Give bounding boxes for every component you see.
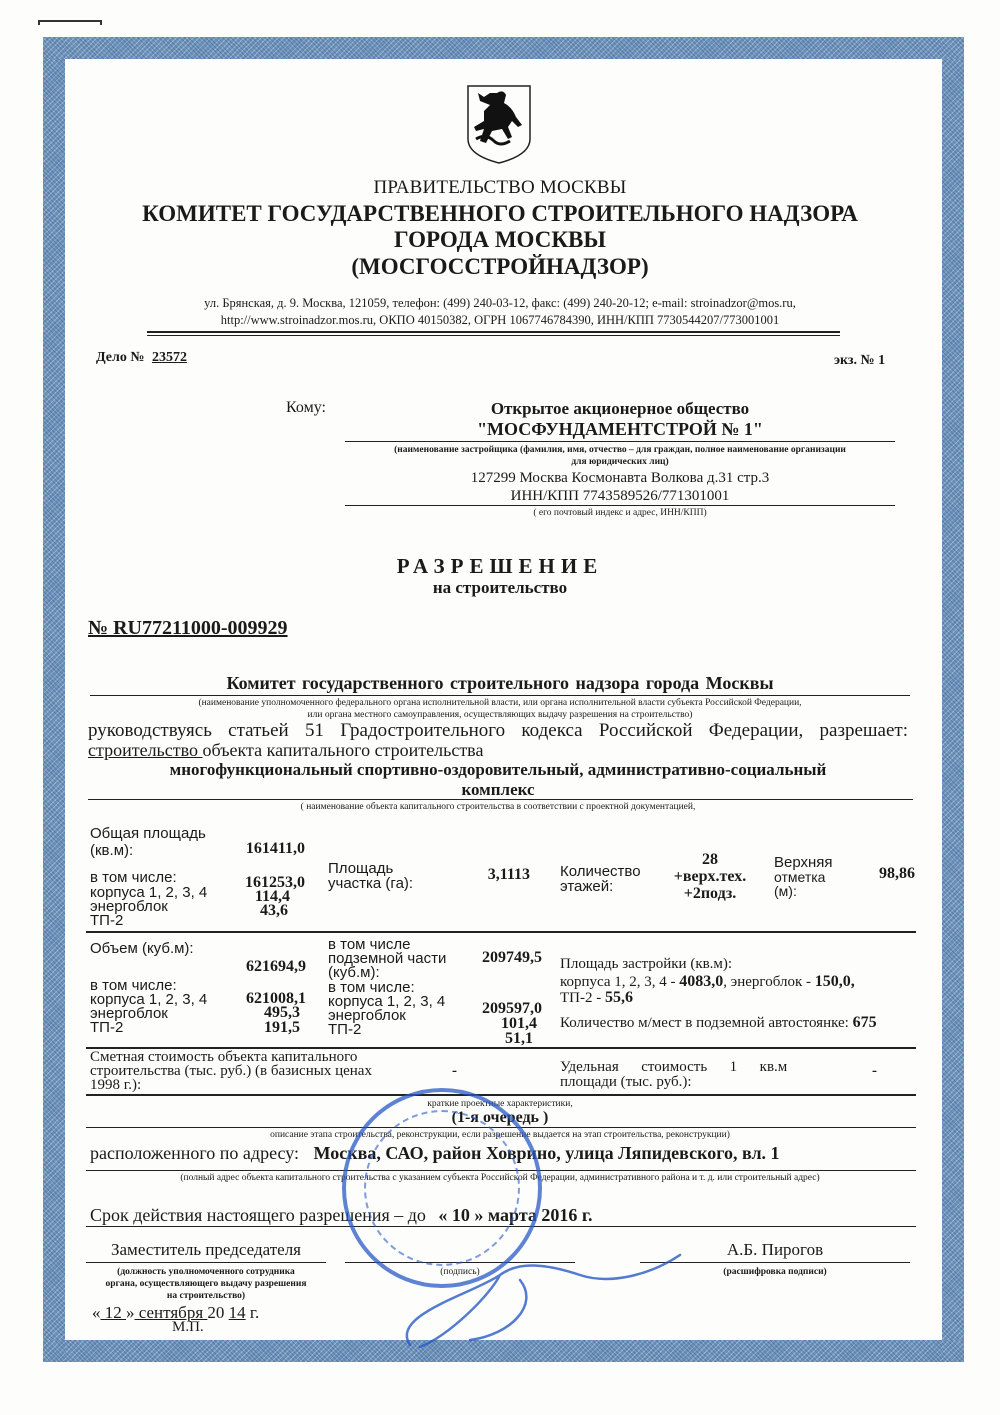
table-divider-3: [86, 1094, 916, 1096]
committee-name-line2: ГОРОДА МОСКВЫ: [0, 227, 1000, 253]
issuer-underline: [90, 695, 910, 696]
build-area-line2: ТП-2 - 55,6: [560, 990, 633, 1006]
seal-place: М.П.: [172, 1319, 204, 1336]
signer-name: А.Б. Пирогов: [640, 1240, 910, 1260]
corner-mark: [38, 20, 102, 25]
issue-date-open: «: [92, 1303, 101, 1322]
total-area-value: 161411,0: [220, 841, 305, 856]
floors-label2: этажей:: [560, 879, 613, 894]
unit-cost-label1: Удельная стоимость 1 кв.м: [560, 1060, 787, 1075]
build-area-label: Площадь застройки (кв.м):: [560, 957, 732, 972]
committee-short-name: (МОСГОССТРОЙНАДЗОР): [0, 254, 1000, 280]
document-title: РАЗРЕШЕНИЕ: [0, 554, 1000, 579]
issue-date-close: »: [126, 1303, 135, 1322]
position-caption1: (должность уполномоченного сотрудника: [86, 1266, 326, 1278]
parking-line: Количество м/мест в подземной автостоянк…: [560, 1015, 877, 1031]
construction-type: строительство: [88, 740, 203, 760]
cost-value: -: [452, 1063, 457, 1080]
plot-area-value: 3,1113: [450, 867, 530, 882]
recipient-org-name: "МОСФУНДАМЕНТСТРОЙ № 1": [350, 419, 890, 440]
validity-date: « 10 » марта 2016 г.: [438, 1205, 592, 1225]
issue-year-prefix: 20: [207, 1303, 224, 1322]
object-caption: ( наименование объекта капитального стро…: [88, 801, 908, 813]
floors-value1: 28: [655, 852, 765, 867]
area-tp-label: ТП-2: [90, 913, 123, 928]
issue-year-g: г.: [246, 1303, 260, 1322]
volume-energo-value: 495,3: [210, 1005, 300, 1020]
area-tp-value: 43,6: [220, 903, 288, 918]
permit-number: № RU77211000-009929: [88, 617, 288, 640]
underground-label3: (куб.м):: [328, 965, 380, 980]
recipient-org-type: Открытое акционерное общество: [350, 399, 890, 419]
underground-tp-label: ТП-2: [328, 1022, 361, 1037]
location-caption: (полный адрес объекта капитального строи…: [90, 1172, 910, 1184]
header-divider-thin: [147, 335, 840, 336]
recipient-underline: [345, 441, 895, 442]
validity-label: Срок действия настоящего разрешения – до: [90, 1205, 426, 1225]
position-underline: [86, 1262, 326, 1263]
underground-energo-value: 101,4: [445, 1016, 537, 1031]
unit-cost-label2: площади (тыс. руб.):: [560, 1075, 692, 1090]
underground-korpusa-value: 209597,0: [445, 1001, 542, 1016]
build-korpusa-label: корпуса 1, 2, 3, 4 -: [560, 974, 679, 990]
total-area-label2: (кв.м):: [90, 843, 133, 858]
stage-value: (1-я очередь ): [90, 1109, 910, 1127]
build-energo-value: 150,0,: [815, 973, 855, 990]
validity-line: Срок действия настоящего разрешения – до…: [90, 1205, 593, 1226]
top-mark-value: 98,86: [850, 866, 915, 881]
issuer-caption1: (наименование уполномоченного федерально…: [90, 697, 910, 709]
build-tp-value: 55,6: [605, 989, 633, 1006]
plot-area-label2: участка (га):: [328, 876, 413, 891]
signer-position: Заместитель председателя: [86, 1240, 326, 1260]
government-name: ПРАВИТЕЛЬСТВО МОСКВЫ: [0, 177, 1000, 199]
copy-number: экз. № 1: [834, 353, 885, 369]
parking-value: 675: [853, 1014, 877, 1031]
case-number-value: 23572: [152, 350, 187, 365]
contacts-line1: ул. Брянская, д. 9. Москва, 121059, теле…: [0, 295, 1000, 312]
volume-label: Объем (куб.м):: [90, 941, 194, 956]
build-tp-label: ТП-2 -: [560, 990, 605, 1006]
location-label: расположенного по адресу:: [90, 1143, 299, 1163]
case-number: Дело № 23572: [96, 350, 187, 366]
top-mark-label3: (м):: [774, 884, 797, 899]
signature-line: [345, 1262, 575, 1263]
build-korpusa-value: 4083,0: [679, 973, 723, 990]
name-caption: (расшифровка подписи): [640, 1266, 910, 1278]
total-area-label1: Общая площадь: [90, 826, 206, 841]
object-name-line1: многофункциональный спортивно-оздоровите…: [88, 760, 908, 780]
cost-label3: 1998 г.):: [90, 1078, 141, 1093]
contacts-line2: http://www.stroinadzor.mos.ru, ОКПО 4015…: [0, 312, 1000, 329]
issue-year-suffix: 14: [229, 1303, 246, 1322]
unit-cost-value: -: [872, 1063, 877, 1080]
address-caption: ( его почтовый индекс и адрес, ИНН/КПП): [345, 507, 895, 519]
recipient-inn-kpp: ИНН/КПП 7743589526/771301001: [345, 488, 895, 505]
location-address: Москва, САО, район Ховрино, улица Ляпиде…: [314, 1143, 780, 1163]
recipient-address: 127299 Москва Космонавта Волкова д.31 ст…: [345, 470, 895, 487]
position-caption3: на строительство): [86, 1290, 326, 1302]
stage-caption: описание этапа строительства, реконструк…: [90, 1129, 910, 1141]
volume-tp-value: 191,5: [210, 1020, 300, 1035]
recipient-caption2: для юридических лиц): [345, 456, 895, 468]
object-underline: [88, 799, 913, 800]
signature-caption: (подпись): [345, 1266, 575, 1278]
issue-day: 12: [101, 1303, 127, 1322]
validity-underline: [86, 1226, 916, 1227]
document-subtitle: на строительство: [0, 578, 1000, 598]
stage-underline: [86, 1127, 916, 1128]
area-incl-label: в том числе:: [90, 870, 177, 885]
moscow-coat-of-arms-icon: [464, 83, 534, 165]
name-underline: [640, 1262, 910, 1263]
recipient-caption1: (наименование застройщика (фамилия, имя,…: [345, 444, 895, 456]
permits-text: строительство объекта капитального строи…: [88, 740, 483, 761]
build-area-line1: корпуса 1, 2, 3, 4 - 4083,0, энергоблок …: [560, 974, 855, 990]
plot-area-label1: Площадь: [328, 861, 393, 876]
legal-basis-text: руководствуясь статьей 51 Градостроитель…: [88, 721, 908, 741]
floors-value2: +верх.тех.: [655, 869, 765, 884]
recipient-label: Кому:: [286, 399, 326, 417]
location-underline: [86, 1170, 916, 1171]
underground-value: 209749,5: [445, 950, 542, 965]
header-divider: [147, 331, 840, 333]
object-name-line2: комплекс: [88, 780, 908, 800]
parking-label: Количество м/мест в подземной автостоянк…: [560, 1015, 853, 1031]
construction-object-text: объекта капитального строительства: [203, 740, 484, 760]
position-caption2: органа, осуществляющего выдачу разрешени…: [86, 1278, 326, 1290]
build-energo-label: , энергоблок -: [723, 974, 814, 990]
floors-value3: +2подз.: [655, 886, 765, 901]
floors-label1: Количество: [560, 864, 641, 879]
table-divider-1: [86, 931, 916, 933]
volume-value: 621694,9: [210, 959, 306, 974]
volume-tp-label: ТП-2: [90, 1020, 123, 1035]
address-underline: [345, 505, 895, 506]
committee-name-line1: КОМИТЕТ ГОСУДАРСТВЕННОГО СТРОИТЕЛЬНОГО Н…: [0, 201, 1000, 227]
underground-tp-value: 51,1: [445, 1031, 533, 1046]
case-label: Дело №: [96, 350, 144, 365]
issuer-name: Комитет государственного строительного н…: [90, 673, 910, 694]
location-line: расположенного по адресу: Москва, САО, р…: [90, 1143, 780, 1164]
top-mark-label1: Верхняя: [774, 855, 833, 870]
